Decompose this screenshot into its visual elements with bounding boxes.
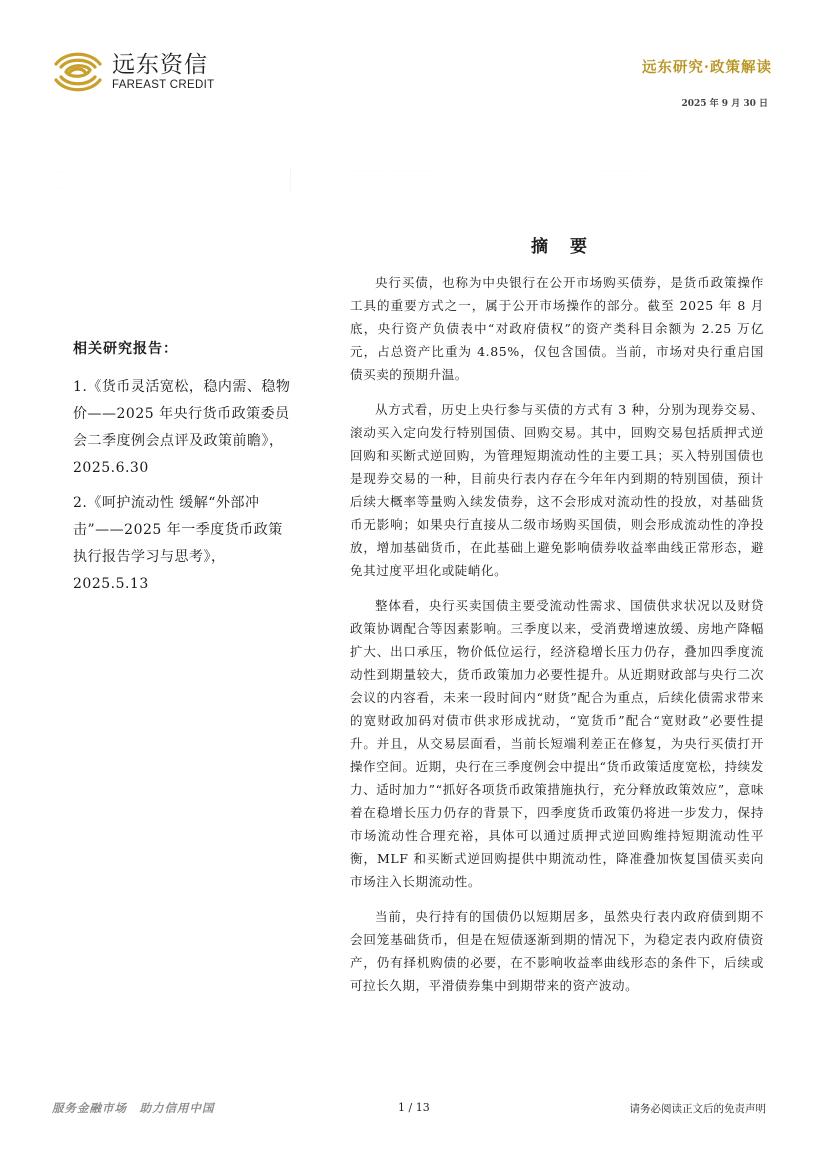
faint-text-line: · · · · · · · · · · · · · · xyxy=(600,168,652,175)
logo-en-text: FAREAST CREDIT xyxy=(112,79,214,91)
related-reports-sidebar: 相关研究报告： 1.《货币灵活宽松，稳内需、稳物价——2025 年央行货币政策委… xyxy=(73,338,293,606)
report-date: 2025 年 9 月 30 日 xyxy=(681,96,768,109)
related-report-item[interactable]: 2.《呵护流动性 缓解“外部冲击”——2025 年一季度货币政策执行报告学习与思… xyxy=(73,490,293,598)
faint-text-line: · · · · · · · · · · · · · · · · · · · · … xyxy=(350,168,432,175)
footer-slogan: 服务金融市场 助力信用中国 xyxy=(52,1100,215,1116)
footer-disclaimer: 请务必阅读正文后的免责声明 xyxy=(630,1101,767,1116)
company-logo: 远东资信 FAREAST CREDIT xyxy=(50,48,214,96)
page-number: 1 / 13 xyxy=(398,1101,430,1114)
faint-text-line: · · · · · · · · xyxy=(55,166,122,181)
related-report-item[interactable]: 1.《货币灵活宽松，稳内需、稳物价——2025 年央行货币政策委员会二季度例会点… xyxy=(73,374,293,482)
logo-cn-text: 远东资信 xyxy=(112,53,214,77)
abstract-paragraph: 从方式看，历史上央行参与买债的方式有 3 种，分别为现券交易、滚动买入定向发行特… xyxy=(350,398,764,582)
page-footer: 服务金融市场 助力信用中国 1 / 13 请务必阅读正文后的免责声明 xyxy=(52,1100,766,1120)
fareast-logo-icon xyxy=(50,48,106,96)
abstract-section: 摘 要 央行买债，也称为中央银行在公开市场购买债券，是货币政策操作工具的重要方式… xyxy=(350,232,764,1009)
faint-divider xyxy=(290,168,292,194)
abstract-paragraph: 央行买债，也称为中央银行在公开市场购买债券，是货币政策操作工具的重要方式之一，属… xyxy=(350,271,764,386)
abstract-paragraph: 当前，央行持有的国债仍以短期居多，虽然央行表内政府债到期不会回笼基础货币，但是在… xyxy=(350,905,764,997)
faint-text-line: · · · · · · · · · · · · · · · · · · xyxy=(55,181,122,196)
faint-header-row: · · · · · · · · · · · · · · · · · · · · … xyxy=(55,166,766,196)
abstract-paragraph: 整体看，央行买卖国债主要受流动性需求、国债供求状况以及财贷政策协调配合等因素影响… xyxy=(350,594,764,893)
series-title: 远东研究·政策解读 xyxy=(642,56,772,77)
abstract-title: 摘 要 xyxy=(362,232,764,257)
related-reports-heading: 相关研究报告： xyxy=(73,338,293,358)
